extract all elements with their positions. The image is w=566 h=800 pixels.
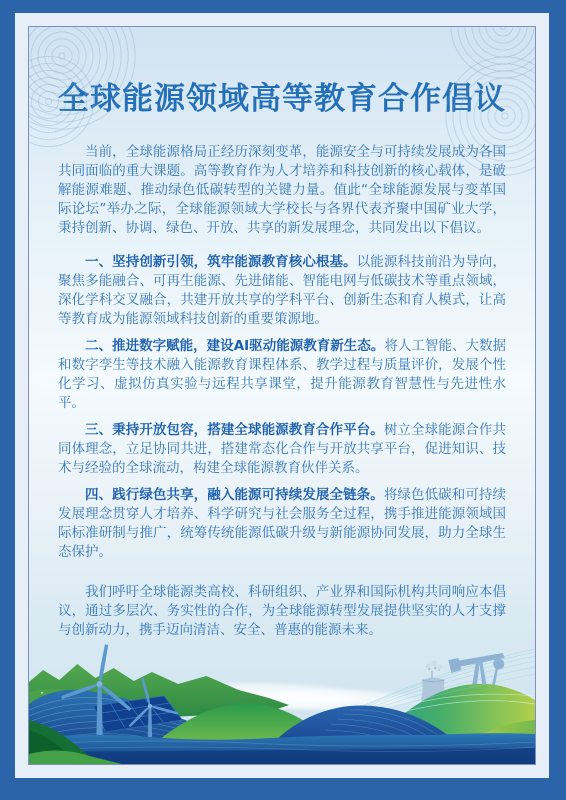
closing-paragraph: 我们呼吁全球能源类高校、科研组织、产业界和国际机构共同响应本倡议，通过多层次、务… [58,583,506,640]
poster-page: 全球能源领域高等教育合作倡议 当前，全球能源格局正经历深刻变革，能源安全与可持续… [0,0,566,800]
initiative-item-2: 二、推进数字赋能，建设AI驱动能源教育新生态。将人工智能、大数据和数字孪生等技术… [58,337,506,413]
initiative-4-lead: 四、践行绿色共享，融入能源可持续发展全链条。 [85,487,384,503]
water-waves [29,733,535,764]
initiative-2-lead: 二、推进数字赋能，建设AI驱动能源教育新生态。 [85,338,384,354]
initiative-3-lead: 三、秉持开放包容，搭建全球能源教育合作平台。 [85,422,384,438]
preamble-text: 当前，全球能源格局正经历深刻变革，能源安全与可持续发展成为各国共同面临的重大课题… [58,144,506,236]
poster-mat-border: 全球能源领域高等教育合作倡议 当前，全球能源格局正经历深刻变革，能源安全与可持续… [15,13,549,778]
initiative-item-1: 一、坚持创新引领，筑牢能源教育核心根基。以能源科技前沿为导向，聚焦多能融合、可再… [58,253,506,329]
closing-text: 我们呼吁全球能源类高校、科研组织、产业界和国际机构共同响应本倡议，通过多层次、务… [58,584,506,638]
initiative-text: 当前，全球能源格局正经历深刻变革，能源安全与可持续发展成为各国共同面临的重大课题… [29,143,535,640]
energy-landscape-svg [29,634,535,764]
energy-landscape-illustration [29,634,535,764]
initiative-1-lead: 一、坚持创新引领，筑牢能源教育核心根基。 [85,254,357,270]
poster-inner-frame: 全球能源领域高等教育合作倡议 当前，全球能源格局正经历深刻变革，能源安全与可持续… [28,26,536,765]
preamble-paragraph: 当前，全球能源格局正经历深刻变革，能源安全与可持续发展成为各国共同面临的重大课题… [58,143,506,238]
initiative-item-4: 四、践行绿色共享，融入能源可持续发展全链条。将绿色低碳和可持续发展理念贯穿人才培… [58,486,506,562]
initiative-item-3: 三、秉持开放包容，搭建全球能源教育合作平台。树立全球能源合作共同体理念，立足协同… [58,421,506,478]
